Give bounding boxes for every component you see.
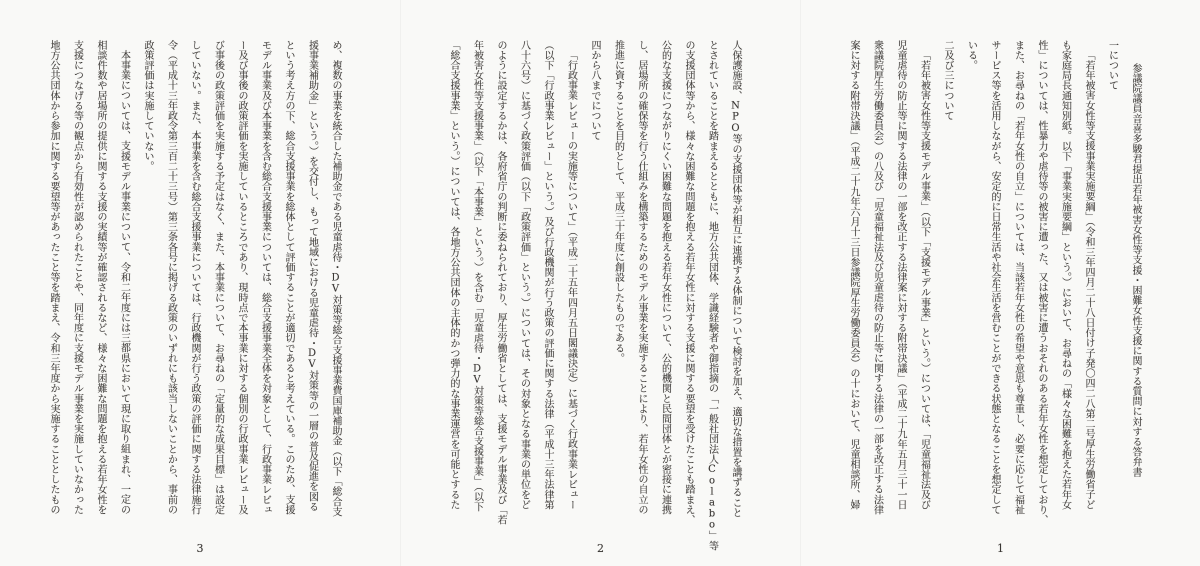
- page-2-text: 人保護施設、NPO等の支援団体等が相互に連携する体制について検討を加え、適切な措…: [442, 40, 748, 551]
- text-line-body: 衆議院厚生労働委員会）の八及び「児童福祉法及び児童虐待の防止等に関する法律の一部…: [865, 40, 889, 525]
- text-line-body: 公的な支援につながりにくい困難な問題を抱える若年女性について、公的機関と民間団体…: [653, 40, 677, 551]
- page-number: 2: [597, 542, 604, 555]
- text-line-body: の支援団体等から、様々な困難な問題を抱える若年女性に対する支援に関する要望を受け…: [677, 40, 701, 551]
- text-line-body: 性」については、性暴力や虐待等の被害に遭った、又は被害に遭うおそれのある若年女性…: [1030, 40, 1054, 525]
- text-line-body: のように設定するかは、各府省庁の判断に委ねられており、厚生労働省としては、支援モ…: [489, 40, 513, 551]
- text-line-body: 政策評価は実施していない。: [136, 40, 160, 517]
- text-line-body: 人保護施設、NPO等の支援団体等が相互に連携する体制について検討を加え、適切な措…: [724, 40, 748, 551]
- text-line-body: 相談件数や居場所の提供に関する支援の実績等が確認されるなど、様々な困難な問題を抱…: [89, 40, 113, 517]
- text-line-body: 八十六号）に基づく政策評価（以下「政策評価」という。）については、その対象となる…: [512, 40, 536, 551]
- page-3: め、複数の事業を統合した補助金である児童虐待・DV対策等総合支援事業費国庫補助金…: [0, 0, 400, 566]
- text-line-body: 支援につなげる等の観点から有効性が認められたことや、同年度に支援モデル事業を実施…: [65, 40, 89, 517]
- text-line-body: 案に対する附帯決議」（平成二十九年六月十三日参議院厚生労働委員会）の十において、…: [842, 40, 866, 525]
- text-line-body: め、複数の事業を統合した補助金である児童虐待・DV対策等総合支援事業費国庫補助金…: [324, 40, 348, 517]
- text-line-body: 「若年被害女性等支援事業実施要綱」（令和三年四月二十八日付け子発〇四二八第二号厚…: [1077, 40, 1101, 525]
- text-line-heading: 二及び三について: [936, 40, 960, 525]
- text-line-body: 「行政事業レビューの実施等について」（平成二十五年四月五日閣議決定）に基づく行政…: [559, 40, 583, 551]
- page-1: 参議院議員音喜多駿君提出若年被害女性等支援・困難女性支援に関する質問に対する答弁…: [800, 0, 1200, 566]
- text-line-body: も家庭局長通知別紙。以下「事業実施要綱」という。）において、お尋ねの「様々な困難…: [1053, 40, 1077, 525]
- document-scan: 参議院議員音喜多駿君提出若年被害女性等支援・困難女性支援に関する質問に対する答弁…: [0, 0, 1200, 566]
- text-line-body: 「総合支援事業」という。）については、各地方公共団体の主体的かつ弾力的な事業運営…: [442, 40, 466, 551]
- text-line-body: とされていることを踏まえるとともに、地方公共団体、学識経験者や御指摘の「一般社団…: [700, 40, 724, 551]
- text-line-body: 「若年被害女性等支援モデル事業」（以下「支援モデル事業」という。）については、「…: [912, 40, 936, 525]
- text-line-body: 児童虐待の防止等に関する法律の一部を改正する法律案に対する附帯決議」（平成二十九…: [889, 40, 913, 525]
- text-line-body: 地方公共団体から参加に関する要望等があったこと等を踏まえ、令和三年度から実施する…: [42, 40, 66, 517]
- text-line-body: 年被害女性等支援事業」（以下「本事業」という。）を含む「児童虐待・DV対策等総合…: [465, 40, 489, 551]
- page-2: 人保護施設、NPO等の支援団体等が相互に連携する体制について検討を加え、適切な措…: [400, 0, 800, 566]
- text-line-body: し、居場所の確保等を行う仕組みを構築するためのモデル事業を実施することにより、若…: [630, 40, 654, 551]
- text-line-body: 本事業については、支援モデル事業について、令和二年度には三都県において現に取り組…: [112, 40, 136, 517]
- text-line-body: 援事業補助金」という。）を交付し、もって地域における児童虐待・DV対策等の一層の…: [300, 40, 324, 517]
- page-number: 3: [197, 542, 204, 555]
- text-line-heading: 四から八までについて: [583, 40, 607, 551]
- text-line-body: サービス等を活用しながら、安定的に日常生活や社会生活を営むことができる状態となる…: [983, 40, 1007, 525]
- text-line-body: 推進に資することを目的として、平成三十年度に創設したものである。: [606, 40, 630, 551]
- text-line-body: また、お尋ねの「若年女性の自立」については、当該若年女性の希望や意思も尊重し、必…: [1006, 40, 1030, 525]
- page-3-text: め、複数の事業を統合した補助金である児童虐待・DV対策等総合支援事業費国庫補助金…: [42, 40, 348, 517]
- text-line-body: び事後の政策評価を実施する予定はなく、また、本事業について、お尋ねの「定量的な成…: [206, 40, 230, 517]
- page-number: 1: [997, 542, 1004, 555]
- text-line-body: モデル事業及び本事業を含む総合支援事業については、総合支援事業全体を対象として、…: [253, 40, 277, 517]
- text-line-body: （以下「行政事業レビュー」という。）及び行政機関が行う政策の評価に関する法律（平…: [536, 40, 560, 551]
- page-1-text: 参議院議員音喜多駿君提出若年被害女性等支援・困難女性支援に関する質問に対する答弁…: [842, 40, 1148, 525]
- text-line-title: 参議院議員音喜多駿君提出若年被害女性等支援・困難女性支援に関する質問に対する答弁…: [1124, 40, 1148, 525]
- text-line-heading: 一について: [1100, 40, 1124, 525]
- text-line-body: 令（平成十三年政令第三百二十三号）第三条各号に掲げる政策のいずれにも該当しないこ…: [159, 40, 183, 517]
- text-line-body: ー及び事後の政策評価を実施しているところであり、現時点で本事業に対する個別の行政…: [230, 40, 254, 517]
- text-line-body: していない。また、本事業を含む総合支援事業については、行政機関が行う政策の評価に…: [183, 40, 207, 517]
- text-line-body: いる。: [959, 40, 983, 525]
- text-line-body: という考え方の下、総合支援事業を総体として評価することが適切であると考えている。…: [277, 40, 301, 517]
